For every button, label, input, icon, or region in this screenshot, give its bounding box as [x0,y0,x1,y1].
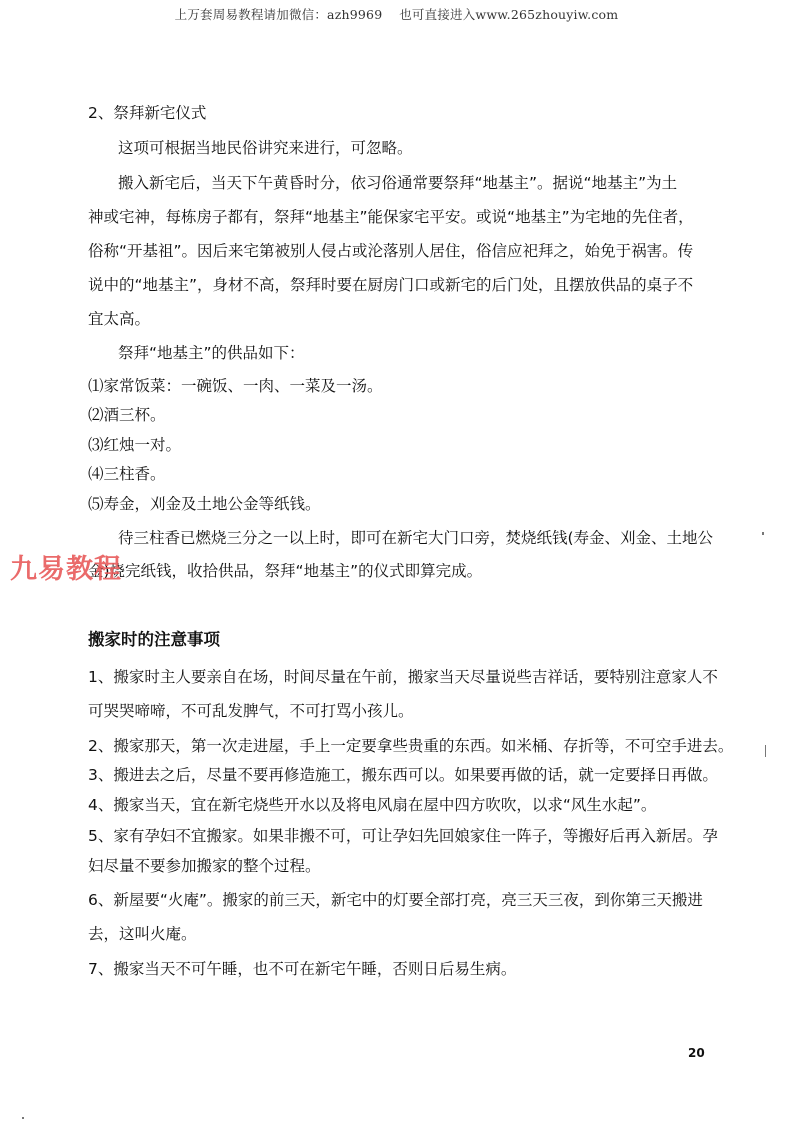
paragraph-line: 金)烧完纸钱，收拾供品，祭拜“地基主”的仪式即算完成。 [88,561,482,581]
paragraph-line: 俗称“开基祖”。因后来宅第被别人侵占或沦落别人居住，俗信应祀拜之，始免于祸害。传 [88,241,693,261]
paragraph-line: 搬入新宅后，当天下午黄昏时分，依习俗通常要祭拜“地基主”。据说“地基主”为土 [88,173,677,193]
notice-line: 妇尽量不要参加搬家的整个过程。 [88,856,321,876]
notice-line: 7、搬家当天不可午睡，也不可在新宅午睡，否则日后易生病。 [88,959,516,979]
offering-item: ⑷三柱香。 [88,464,166,484]
top-banner: 上万套周易教程请加微信：azh9969 也可直接进入www.265zhouyiw… [0,5,793,23]
notice-line: 去，这叫火庵。 [88,924,197,944]
notice-line: 3、搬进去之后，尽量不要再修造施工，搬东西可以。如果要再做的话，就一定要择日再做… [88,765,718,785]
paragraph-line: 说中的“地基主”，身材不高，祭拜时要在厨房门口或新宅的后门处，且摆放供品的桌子不 [88,275,693,295]
scan-speck [765,745,766,757]
notice-line: 可哭哭啼啼，不可乱发脾气，不可打骂小孩儿。 [88,701,414,721]
paragraph-line: 祭拜“地基主”的供品如下： [88,343,305,363]
section-heading: 搬家时的注意事项 [88,630,220,650]
section-title: 2、祭拜新宅仪式 [88,103,206,123]
paragraph-line: 神或宅神，每栋房子都有，祭拜“地基主”能保家宅平安。或说“地基主”为宅地的先住者… [88,207,694,227]
notice-line: 5、家有孕妇不宜搬家。如果非搬不可，可让孕妇先回娘家住一阵子，等搬好后再入新居。… [88,826,718,846]
notice-line: 4、搬家当天，宜在新宅烧些开水以及将电风扇在屋中四方吹吹，以求“风生水起”。 [88,795,656,815]
paragraph-line: 宜太高。 [88,309,150,329]
offering-item: ⑸寿金，刈金及土地公金等纸钱。 [88,494,321,514]
offering-item: ⑴家常饭菜：一碗饭、一肉、一菜及一汤。 [88,376,383,396]
page-number: 20 [688,1046,705,1060]
notice-line: 6、新屋要“火庵”。搬家的前三天，新宅中的灯要全部打亮，亮三天三夜，到你第三天搬… [88,890,703,910]
paragraph-line: 待三柱香已燃烧三分之一以上时，即可在新宅大门口旁，焚烧纸钱(寿金、刈金、土地公 [88,528,713,548]
watermark-logo: 九易教程 [10,547,122,586]
paragraph-line: 这项可根据当地民俗讲究来进行，可忽略。 [88,138,413,158]
scan-speck [762,532,764,535]
notice-line: 1、搬家时主人要亲自在场，时间尽量在午前，搬家当天尽量说些吉祥话，要特别注意家人… [88,667,718,687]
offering-item: ⑵酒三杯。 [88,405,166,425]
notice-line: 2、搬家那天，第一次走进屋，手上一定要拿些贵重的东西。如米桶、存折等，不可空手进… [88,736,733,756]
offering-item: ⑶红烛一对。 [88,435,181,455]
scan-speck [22,1117,24,1119]
